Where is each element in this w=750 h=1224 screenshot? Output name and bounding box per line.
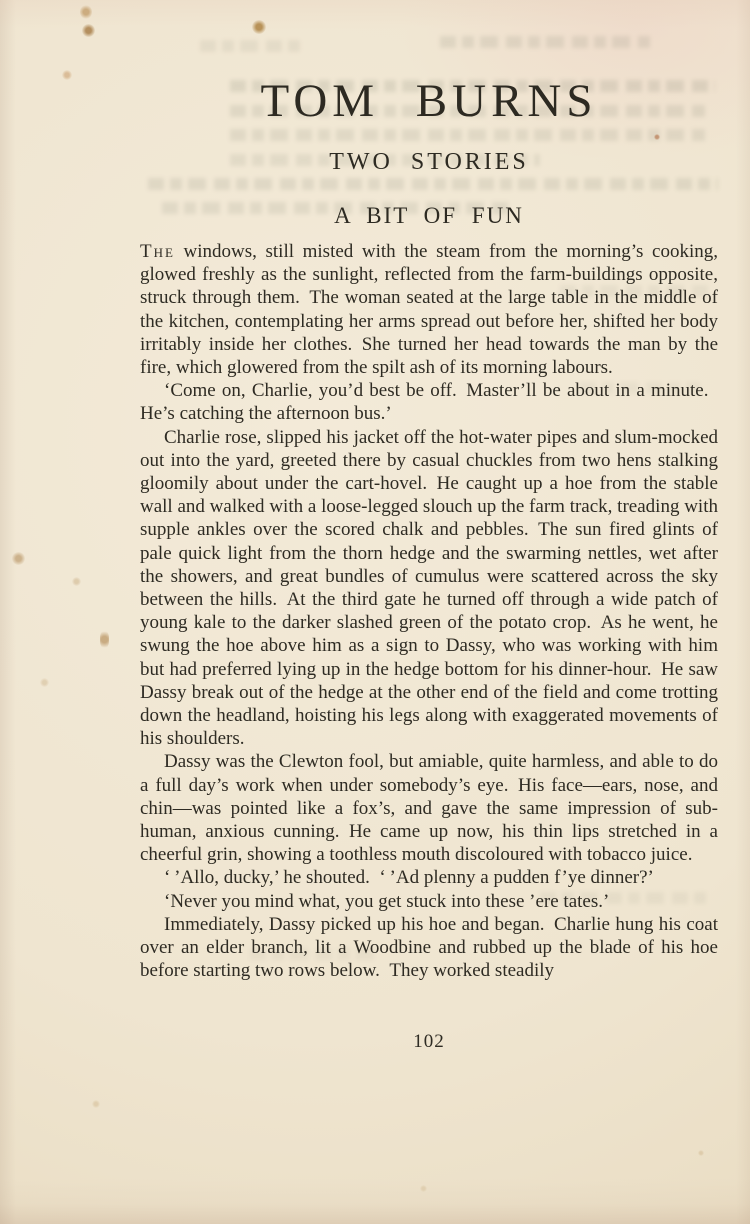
paragraph: The windows, still misted with the steam… <box>140 240 718 379</box>
foxing-spot <box>698 1150 704 1156</box>
page-title: TOM BURNS <box>140 78 718 125</box>
section-heading: A BIT OF FUN <box>140 204 718 227</box>
bleed-through-text <box>230 129 705 141</box>
page-subtitle: TWO STORIES <box>140 150 718 174</box>
page-number: 102 <box>140 1031 718 1053</box>
paragraph: Dassy was the Clewton fool, but amiable,… <box>140 750 718 866</box>
bleed-through-text <box>148 178 718 190</box>
lead-word: The <box>140 241 175 262</box>
foxing-spot <box>62 70 72 80</box>
bleed-through-text <box>440 36 650 48</box>
paragraph: Immediately, Dassy picked up his hoe and… <box>140 913 718 983</box>
book-page-scan: { "page": { "title": "TOM BURNS", "subti… <box>0 0 750 1224</box>
foxing-spot <box>420 1185 427 1192</box>
foxing-spot <box>654 134 660 140</box>
paragraph-text: windows, still misted with the steam fro… <box>140 241 718 378</box>
bleed-through-text <box>200 40 300 52</box>
paragraph: ‘Come on, Charlie, you’d best be off. Ma… <box>140 379 718 425</box>
paragraph: ‘Never you mind what, you get stuck into… <box>140 890 718 913</box>
foxing-spot <box>82 24 95 37</box>
paragraph: ‘ ’Allo, ducky,’ he shouted. ‘ ’Ad plenn… <box>140 866 718 889</box>
foxing-spot <box>100 630 109 649</box>
foxing-spot <box>252 20 266 34</box>
foxing-spot <box>72 577 81 586</box>
foxing-spot <box>12 552 25 565</box>
paragraph: Charlie rose, slipped his jacket off the… <box>140 426 718 751</box>
foxing-spot <box>80 5 92 19</box>
foxing-spot <box>92 1100 100 1108</box>
text-block: The windows, still misted with the steam… <box>140 240 718 983</box>
foxing-spot <box>40 678 49 687</box>
